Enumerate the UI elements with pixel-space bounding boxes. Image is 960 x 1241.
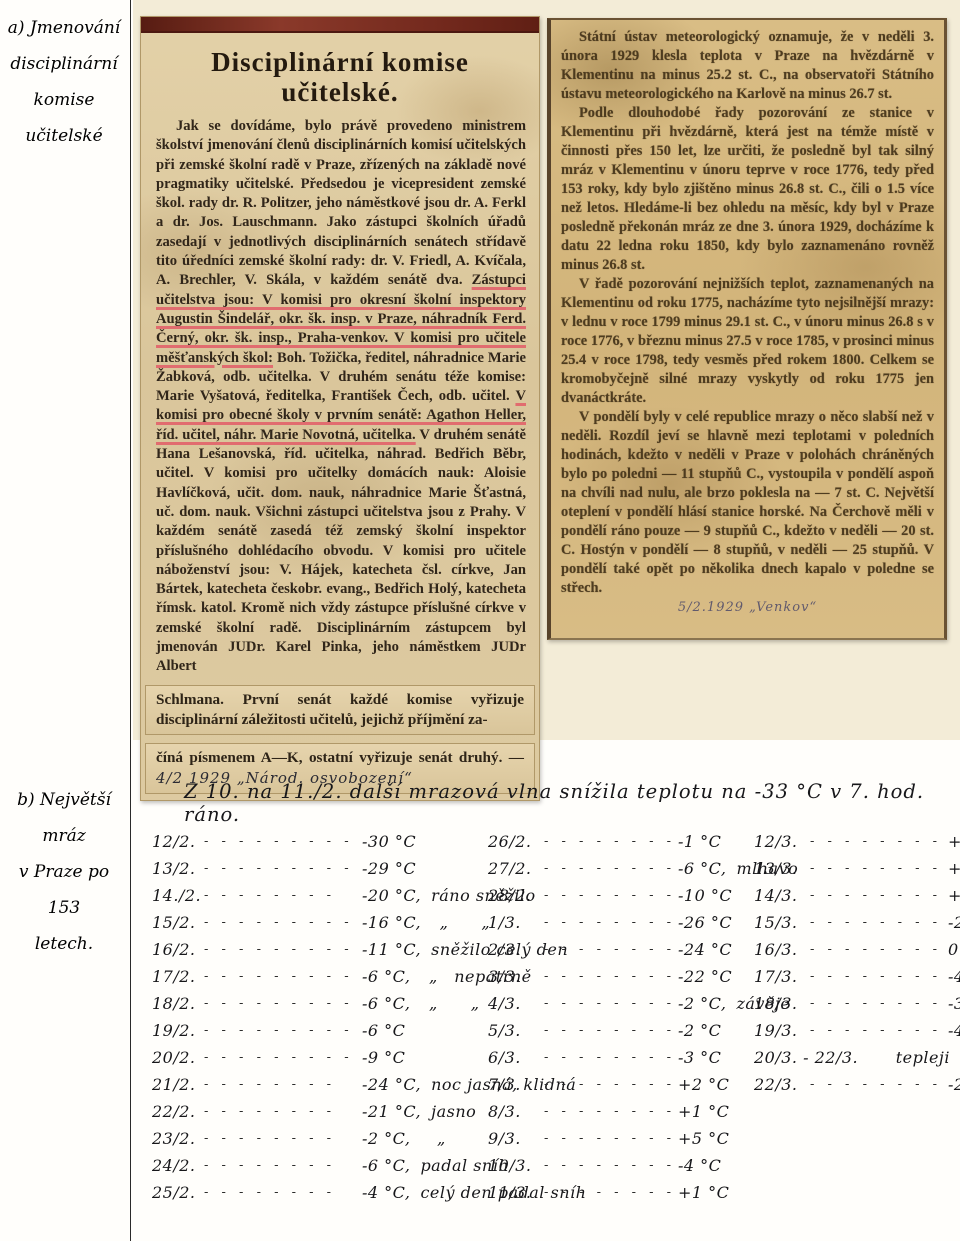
- row-date: 4/3.: [488, 994, 544, 1013]
- text-segment: V druhém senátě Hana Lešanovská, říd. uč…: [156, 427, 526, 675]
- row-date: 28/2.: [488, 886, 544, 905]
- row-temperature: -2 °C: [948, 1075, 960, 1094]
- clipping-paragraph: Státní ústav meteorologický oznamuje, že…: [561, 28, 934, 104]
- temperature-row: 13/3.- - - - - - - - -+1 °C: [754, 859, 954, 886]
- row-temperature: +5 °C: [678, 1129, 729, 1148]
- temperature-column-2: 26/2.- - - - - - - --1 °C27/2.- - - - - …: [488, 832, 756, 1210]
- row-temperature: -4 °C,: [362, 1183, 410, 1202]
- row-temperature: +2 °C: [678, 1075, 729, 1094]
- temperature-row: 5/3.- - - - - - - --2 °C: [488, 1021, 756, 1048]
- temperature-row: 25/2.- - - - - - - --4 °C,celý den padal…: [152, 1183, 524, 1210]
- row-weather-note: „: [420, 1129, 445, 1148]
- clipping-body: Jak se dovídáme, bylo právě provedeno mi…: [156, 117, 526, 677]
- newspaper-clipping-left: Disciplinární komise učitelské. Jak se d…: [140, 16, 540, 801]
- clipping-paragraph: V pondělí byly v celé republice mrazy o …: [561, 408, 934, 598]
- temperature-row: 11/3.- - - - - - - - -+1 °C: [488, 1183, 756, 1210]
- temperature-row: 20/3. - 22/3.tepleji: [754, 1048, 954, 1075]
- temperature-row: 6/3.- - - - - - - --3 °C: [488, 1048, 756, 1075]
- row-date: 14./2.: [152, 886, 204, 905]
- temperature-row: 18/3.- - - - - - - - - --3 °C: [754, 994, 954, 1021]
- row-date: 18/2.: [152, 994, 204, 1013]
- row-date: 13/2.: [152, 859, 204, 878]
- row-temperature: -11 °C,: [362, 940, 421, 959]
- row-date: 16/3.: [754, 940, 810, 959]
- temperature-row: 16/3.- - - - - - - - - -0 °C: [754, 940, 954, 967]
- row-temperature: -26 °C: [678, 913, 732, 932]
- row-temperature: +1 °C: [948, 859, 960, 878]
- row-date: 3/3.: [488, 967, 544, 986]
- temperature-row: 19/3.- - - - - - - - - --4 °C: [754, 1021, 954, 1048]
- temperature-row: 17/2.- - - - - - - - - --6 °C, „ nepatrn…: [152, 967, 524, 994]
- row-date: 23/2.: [152, 1129, 204, 1148]
- row-dash-leader: - - - - - - - - - -: [810, 915, 942, 930]
- temperature-row: 15/3.- - - - - - - - - --2 °C: [754, 913, 954, 940]
- row-date: 19/2.: [152, 1021, 204, 1040]
- row-dash-leader: - - - - - - - -: [204, 1131, 356, 1146]
- row-date: 26/2.: [488, 832, 544, 851]
- row-dash-leader: - - - - - - - - - -: [204, 969, 356, 984]
- temperature-row: 4/3.- - - - - - - --2 °C,závěje: [488, 994, 756, 1021]
- margin-note-line: letech.: [0, 926, 128, 962]
- row-date: 20/2.: [152, 1048, 204, 1067]
- temperature-row: 14./2.- - - - - - - --20 °C,ráno sněžilo: [152, 886, 524, 913]
- temperature-row: 10/3.- - - - - - - - --4 °C: [488, 1156, 756, 1183]
- row-dash-leader: - - - - - - - -: [544, 1077, 672, 1092]
- row-temperature: -30 °C: [362, 832, 416, 851]
- row-temperature: -29 °C: [362, 859, 416, 878]
- row-dash-leader: - - - - - - - - - -: [204, 915, 356, 930]
- row-temperature: -6 °C: [362, 1021, 405, 1040]
- temperature-row: 7/3.- - - - - - - -+2 °C: [488, 1075, 756, 1102]
- clipping-paragraph: Podle dlouhodobé řady pozorování ze stan…: [561, 104, 934, 275]
- temperature-row: 18/2.- - - - - - - - - --6 °C, „ „: [152, 994, 524, 1021]
- row-temperature: -22 °C: [678, 967, 732, 986]
- row-temperature: -1 °C: [678, 832, 721, 851]
- clipping-title: Disciplinární komise učitelské.: [151, 47, 529, 107]
- temperature-row: 28/2.- - - - - - - --10 °C: [488, 886, 756, 913]
- row-dash-leader: - - - - - - - -: [544, 834, 672, 849]
- row-dash-leader: - - - - - - - -: [204, 1185, 356, 1200]
- row-temperature: -2 °C,: [362, 1129, 410, 1148]
- scanned-chronicle-page: a) Jmenovánídisciplinárníkomise učitelsk…: [0, 0, 960, 1241]
- row-dash-leader: - - - - - - - - -: [810, 861, 942, 876]
- temperature-column-3: 12/3.- - - - - - - - -+2 °C13/3.- - - - …: [754, 832, 954, 1102]
- row-date: 22/3.: [754, 1075, 810, 1094]
- row-dash-leader: - - - - - - - -: [544, 969, 672, 984]
- margin-separator-line: [130, 0, 131, 1241]
- temperature-row: 24/2.- - - - - - - --6 °C,padal sníh: [152, 1156, 524, 1183]
- row-temperature: +2 °C: [948, 832, 960, 851]
- row-temperature: -3 °C: [948, 994, 960, 1013]
- row-dash-leader: - - - - - - - - -: [810, 834, 942, 849]
- row-temperature: -2 °C,: [678, 994, 726, 1013]
- row-dash-leader: - - - - - - - -: [544, 996, 672, 1011]
- row-weather-note: „ „: [420, 994, 479, 1013]
- row-date: 18/3.: [754, 994, 810, 1013]
- row-date: 24/2.: [152, 1156, 204, 1175]
- row-temperature: -9 °C: [362, 1048, 405, 1067]
- row-temperature: +2 °C: [948, 886, 960, 905]
- row-temperature: -4 °C: [948, 967, 960, 986]
- row-dash-leader: - - - - - - - -: [204, 888, 356, 903]
- row-temperature: -24 °C: [678, 940, 732, 959]
- row-date: 12/2.: [152, 832, 204, 851]
- row-weather-note: jasno: [431, 1102, 476, 1121]
- temperature-log-headline: Z 10. na 11./2. další mrazová vlna sníži…: [184, 780, 958, 826]
- temperature-row: 23/2.- - - - - - - --2 °C, „: [152, 1129, 524, 1156]
- temperature-row: 12/2.- - - - - - - - - --30 °C: [152, 832, 524, 859]
- row-dash-leader: - - - - - - - -: [544, 861, 672, 876]
- row-temperature: -6 °C,: [362, 994, 410, 1013]
- row-date: 14/3.: [754, 886, 810, 905]
- row-date: 11/3.: [488, 1183, 544, 1202]
- newspaper-clipping-right: Státní ústav meteorologický oznamuje, že…: [547, 18, 947, 640]
- row-dash-leader: - - - - - - - - - -: [810, 1023, 942, 1038]
- margin-note-line: disciplinární: [0, 46, 128, 82]
- temperature-row: 22/3.- - - - - - - - - --2 °C: [754, 1075, 954, 1102]
- temperature-row: 3/3.- - - - - - - --22 °C: [488, 967, 756, 994]
- row-temperature: -3 °C: [678, 1048, 721, 1067]
- row-date: 21/2.: [152, 1075, 204, 1094]
- margin-note-line: a) Jmenování: [0, 10, 128, 46]
- row-dash-leader: - - - - - - - - - -: [810, 996, 942, 1011]
- row-date: 2/3.: [488, 940, 544, 959]
- temperature-row: 1/3.- - - - - - - --26 °C: [488, 913, 756, 940]
- temperature-row: 13/2.- - - - - - - - - --29 °C: [152, 859, 524, 886]
- row-temperature: -6 °C,: [362, 1156, 410, 1175]
- row-dash-leader: - - - - - - - - -: [544, 1158, 672, 1173]
- temperature-row: 16/2.- - - - - - - - - --11 °C,sněžilo c…: [152, 940, 524, 967]
- row-dash-leader: - - - - - - - - -: [810, 888, 942, 903]
- row-dash-leader: - - - - - - - -: [544, 1023, 672, 1038]
- row-date: 17/2.: [152, 967, 204, 986]
- margin-note-line: komise učitelské: [0, 82, 128, 154]
- row-temperature: -2 °C: [678, 1021, 721, 1040]
- row-temperature: -4 °C: [678, 1156, 721, 1175]
- margin-note-b: b) Největší mrázv Praze po 153letech.: [0, 782, 128, 962]
- row-dash-leader: - - - - - - - -: [204, 1077, 356, 1092]
- row-dash-leader: - - - - - - - -: [544, 1104, 672, 1119]
- row-dash-leader: - - - - - - - - - -: [204, 834, 356, 849]
- row-date: 16/2.: [152, 940, 204, 959]
- row-date: 27/2.: [488, 859, 544, 878]
- clipping-folded-edge: [141, 17, 539, 33]
- row-dash-leader: - - - - - - - -: [544, 1050, 672, 1065]
- row-dash-leader: - - - - - - - - -: [544, 1185, 672, 1200]
- row-date: 19/3.: [754, 1021, 810, 1040]
- temperature-row: 9/3.- - - - - - - - - -+5 °C: [488, 1129, 756, 1156]
- row-dash-leader: - - - - - - - -: [544, 915, 672, 930]
- row-temperature: tepleji: [896, 1048, 950, 1067]
- row-date: 25/2.: [152, 1183, 204, 1202]
- margin-note-line: b) Největší mráz: [0, 782, 128, 854]
- temperature-row: 8/3.- - - - - - - -+1 °C: [488, 1102, 756, 1129]
- row-temperature: -6 °C,: [362, 967, 410, 986]
- row-dash-leader: - - - - - - - -: [544, 942, 672, 957]
- row-temperature: 0 °C: [948, 940, 960, 959]
- temperature-row: 2/3.- - - - - - - --24 °C: [488, 940, 756, 967]
- row-temperature: -4 °C: [948, 1021, 960, 1040]
- row-dash-leader: - - - - - - - - - -: [810, 1077, 942, 1092]
- row-temperature: -2 °C: [948, 913, 960, 932]
- row-dash-leader: - - - - - - - - - -: [204, 942, 356, 957]
- row-dash-leader: - - - - - - - - - -: [810, 942, 942, 957]
- text-segment: Jak se dovídáme, bylo právě provedeno mi…: [156, 118, 526, 288]
- clipping-strip-1: Schlmana. První senát každé komise vyřiz…: [145, 685, 535, 735]
- row-temperature: -20 °C,: [362, 886, 421, 905]
- row-date: 12/3.: [754, 832, 810, 851]
- temperature-column-1: 12/2.- - - - - - - - - --30 °C13/2.- - -…: [152, 832, 524, 1210]
- temperature-row: 21/2.- - - - - - - --24 °C,noc jasná, kl…: [152, 1075, 524, 1102]
- row-weather-note: „ „: [431, 913, 490, 932]
- row-date: 22/2.: [152, 1102, 204, 1121]
- row-temperature: -10 °C: [678, 886, 732, 905]
- row-temperature: -21 °C,: [362, 1102, 421, 1121]
- temperature-row: 12/3.- - - - - - - - -+2 °C: [754, 832, 954, 859]
- temperature-row: 22/2.- - - - - - - --21 °C,jasno: [152, 1102, 524, 1129]
- row-temperature: +1 °C: [678, 1183, 729, 1202]
- row-dash-leader: - - - - - - - -: [544, 888, 672, 903]
- temperature-row: 17/3.- - - - - - - - - --4 °C: [754, 967, 954, 994]
- row-date: 7/3.: [488, 1075, 544, 1094]
- row-date: 1/3.: [488, 913, 544, 932]
- row-dash-leader: - - - - - - - - - -: [204, 996, 356, 1011]
- row-date: 15/3.: [754, 913, 810, 932]
- row-dash-leader: - - - - - - - - - -: [204, 1050, 356, 1065]
- row-dash-leader: - - - - - - - - - -: [204, 1023, 356, 1038]
- temperature-row: 19/2.- - - - - - - - - --6 °C: [152, 1021, 524, 1048]
- margin-note-a: a) Jmenovánídisciplinárníkomise učitelsk…: [0, 10, 128, 154]
- margin-note-line: v Praze po 153: [0, 854, 128, 926]
- attribution-handwriting-right: 5/2.1929 „Venkov“: [551, 600, 944, 615]
- row-dash-leader: - - - - - - - - - -: [544, 1131, 672, 1146]
- row-date: 8/3.: [488, 1102, 544, 1121]
- temperature-log-section: Z 10. na 11./2. další mrazová vlna sníži…: [140, 780, 958, 826]
- clipping-body-right: Státní ústav meteorologický oznamuje, že…: [551, 28, 944, 598]
- clipping-paragraph: V řadě pozorování nejnižších teplot, zaz…: [561, 275, 934, 408]
- row-date: 6/3.: [488, 1048, 544, 1067]
- clipping-strip-2-text: číná písmenem A—K, ostatní vyřizuje sená…: [156, 749, 524, 766]
- temperature-row: 15/2.- - - - - - - - - --16 °C, „ „: [152, 913, 524, 940]
- row-date: 15/2.: [152, 913, 204, 932]
- row-dash-leader: - - - - - - - - - -: [204, 861, 356, 876]
- row-temperature: -6 °C,: [678, 859, 726, 878]
- row-temperature: -24 °C,: [362, 1075, 421, 1094]
- row-dash-leader: - - - - - - - -: [204, 1158, 356, 1173]
- row-date: 10/3.: [488, 1156, 544, 1175]
- row-date: 17/3.: [754, 967, 810, 986]
- temperature-row: 27/2.- - - - - - - --6 °C,mlhavo: [488, 859, 756, 886]
- row-dash-leader: - - - - - - - -: [204, 1104, 356, 1119]
- row-temperature: -16 °C,: [362, 913, 421, 932]
- row-dash-leader: - - - - - - - - - -: [810, 969, 942, 984]
- row-date: 5/3.: [488, 1021, 544, 1040]
- row-date: 9/3.: [488, 1129, 544, 1148]
- row-date: 20/3. - 22/3.: [754, 1048, 810, 1067]
- temperature-row: 20/2.- - - - - - - - - --9 °C: [152, 1048, 524, 1075]
- temperature-row: 14/3.- - - - - - - - -+2 °C: [754, 886, 954, 913]
- temperature-row: 26/2.- - - - - - - --1 °C: [488, 832, 756, 859]
- row-temperature: +1 °C: [678, 1102, 729, 1121]
- row-date: 13/3.: [754, 859, 810, 878]
